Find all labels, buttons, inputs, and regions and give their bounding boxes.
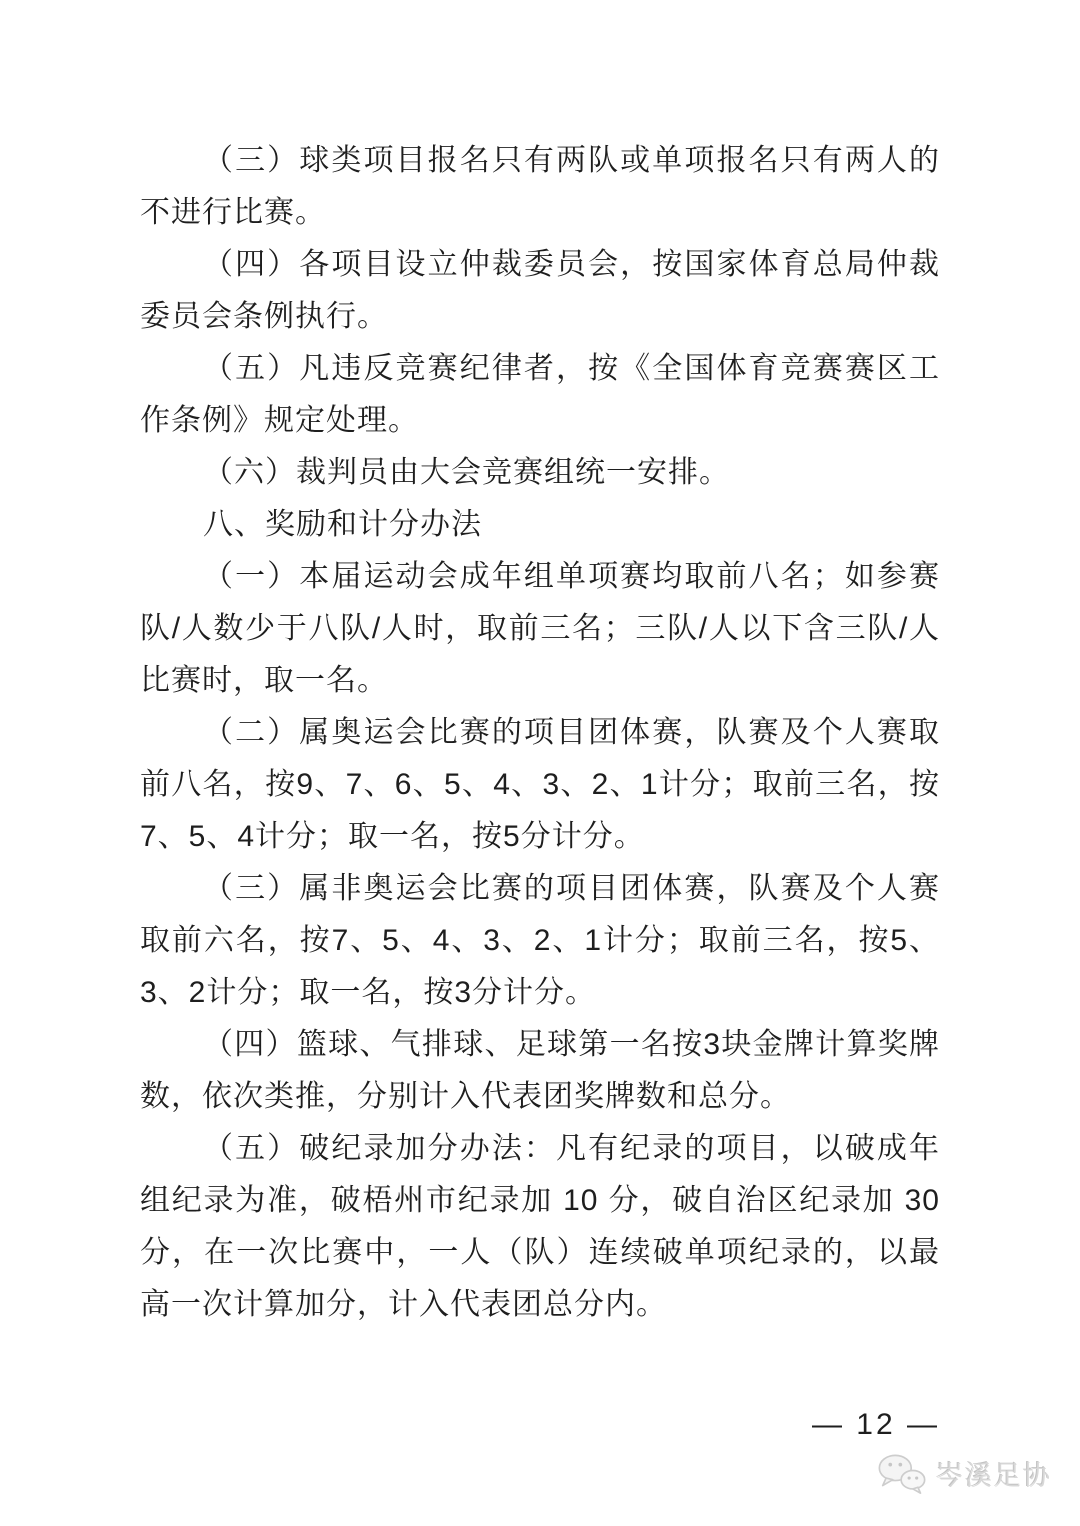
paragraph-scoring-3-non-olympic: （三）属非奥运会比赛的项目团体赛，队赛及个人赛取前六名，按7、5、4、3、2、1… (140, 863, 940, 1019)
section-heading-awards-scoring: 八、奖励和计分办法 (140, 499, 940, 551)
paragraph-item-5-discipline: （五）凡违反竞赛纪律者，按《全国体育竞赛赛区工作条例》规定处理。 (140, 343, 940, 447)
paragraph-item-3-balls: （三）球类项目报名只有两队或单项报名只有两人的不进行比赛。 (140, 135, 940, 239)
watermark: 岑溪足协 (876, 1452, 1052, 1494)
paragraph-scoring-4-medals: （四）篮球、气排球、足球第一名按3块金牌计算奖牌数，依次类推，分别计入代表团奖牌… (140, 1019, 940, 1123)
paragraph-scoring-1: （一）本届运动会成年组单项赛均取前八名；如参赛队/人数少于八队/人时，取前三名；… (140, 551, 940, 707)
paragraph-item-4-arbitration: （四）各项目设立仲裁委员会，按国家体育总局仲裁委员会条例执行。 (140, 239, 940, 343)
page-footer: — 12 — (812, 1408, 940, 1442)
document-body: （三）球类项目报名只有两队或单项报名只有两人的不进行比赛。 （四）各项目设立仲裁… (140, 135, 940, 1331)
page-number: — 12 — (812, 1408, 940, 1441)
paragraph-item-6-referees: （六）裁判员由大会竞赛组统一安排。 (140, 447, 940, 499)
wechat-icon (876, 1452, 928, 1494)
paragraph-scoring-2-olympic: （二）属奥运会比赛的项目团体赛，队赛及个人赛取前八名，按9、7、6、5、4、3、… (140, 707, 940, 863)
document-page: （三）球类项目报名只有两队或单项报名只有两人的不进行比赛。 （四）各项目设立仲裁… (0, 0, 1080, 1526)
paragraph-scoring-5-records: （五）破纪录加分办法：凡有纪录的项目，以破成年组纪录为准，破梧州市纪录加 10 … (140, 1123, 940, 1331)
watermark-label: 岑溪足协 (936, 1454, 1052, 1493)
